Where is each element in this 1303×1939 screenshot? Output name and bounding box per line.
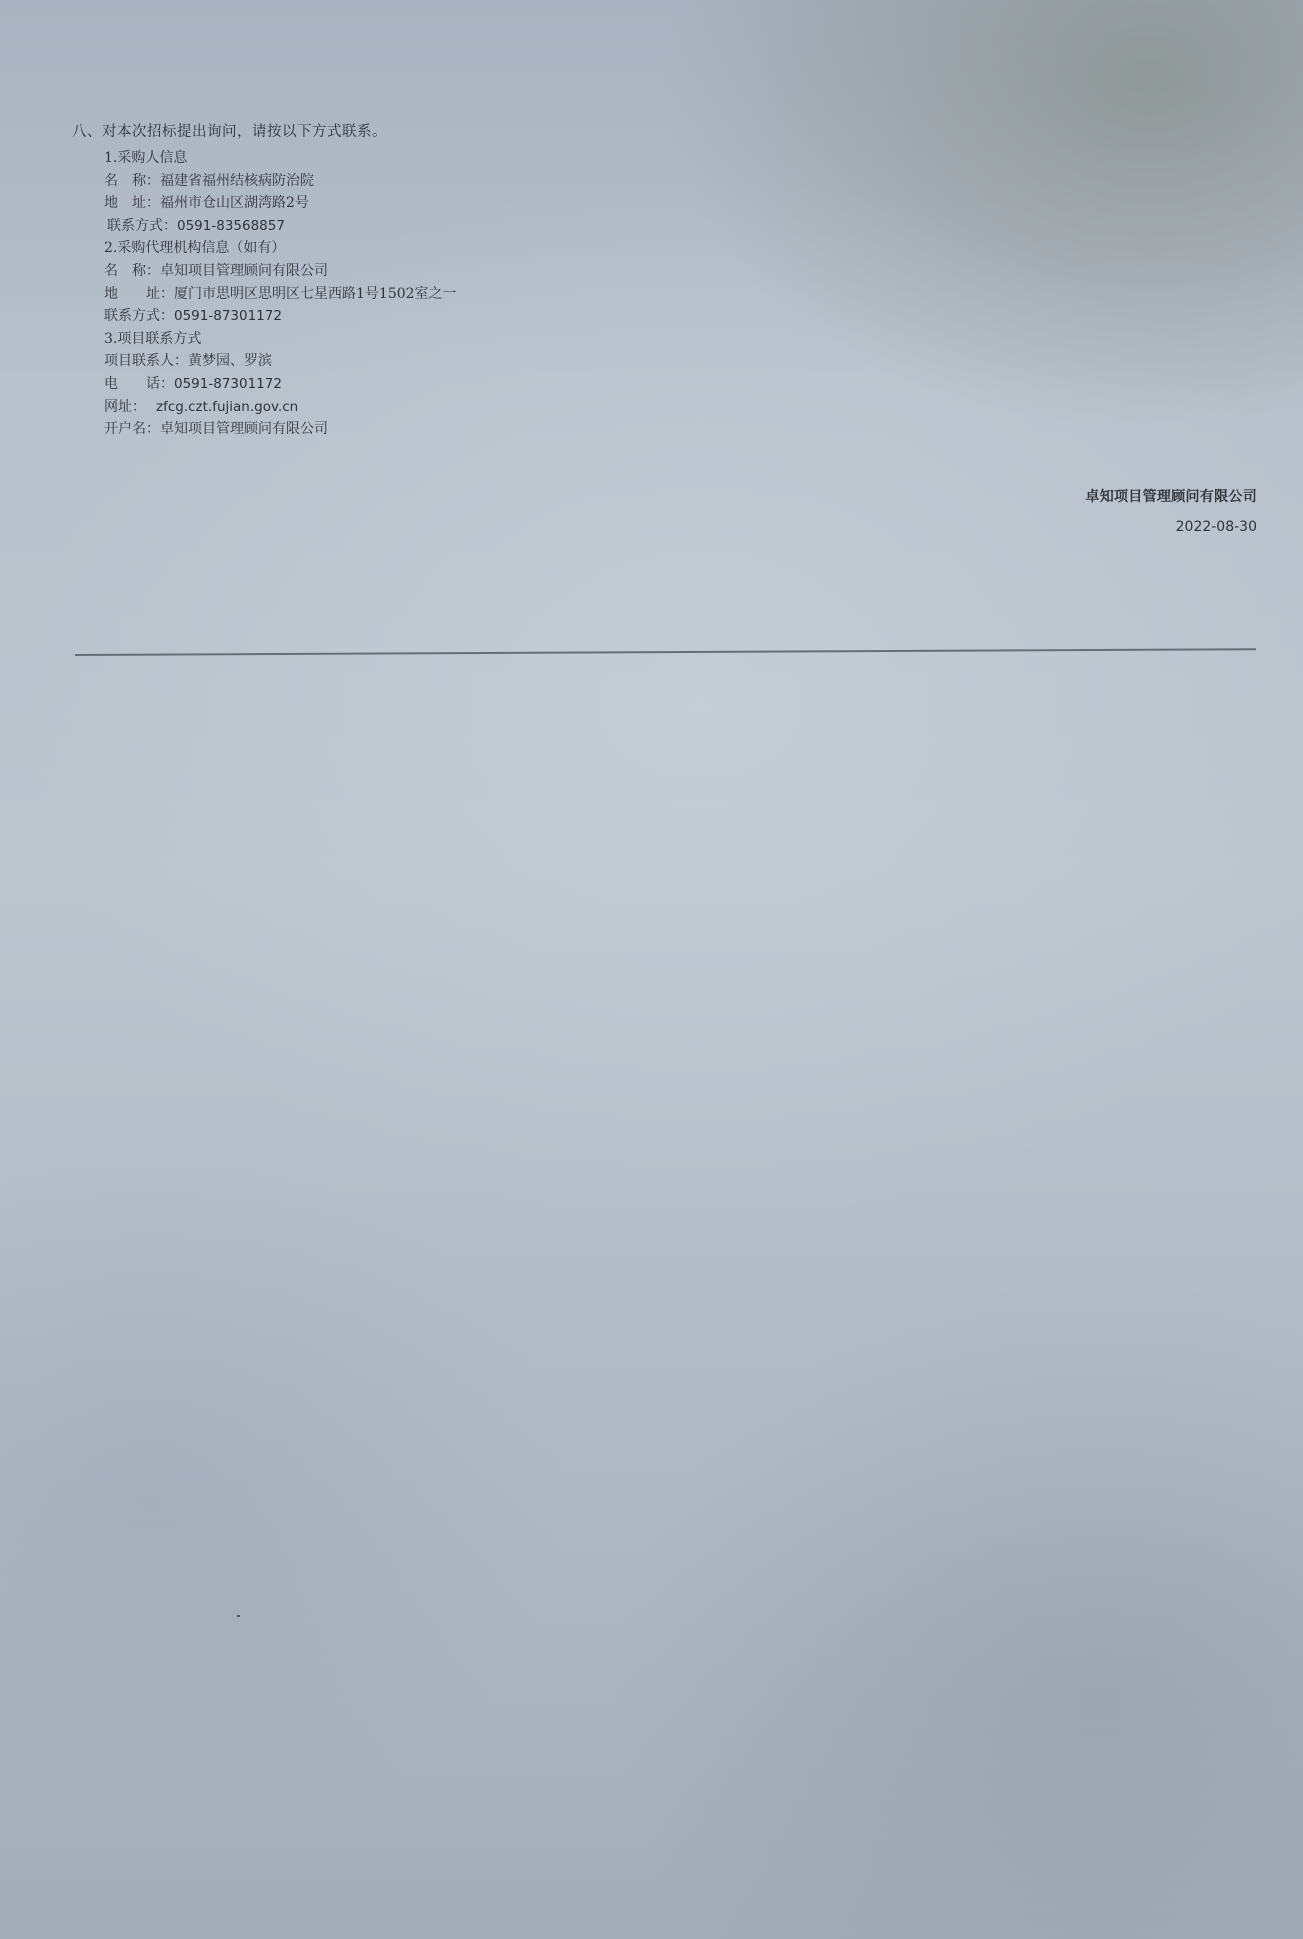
purchaser-name-label: 名 称： — [104, 170, 160, 193]
signature-date: 2022-08-30 — [1085, 514, 1257, 540]
agency-name-row: 名 称：卓知项目管理顾问有限公司 — [104, 260, 457, 283]
agency-address-label: 地 址： — [104, 283, 174, 306]
agency-contact-label: 联系方式： — [104, 305, 174, 328]
agency-title: 2.采购代理机构信息（如有） — [104, 237, 457, 260]
project-person-label: 项目联系人： — [104, 350, 188, 373]
purchaser-contact-row: 联系方式：0591-83568857 — [104, 215, 457, 238]
project-website-row: 网址：zfcg.czt.fujian.gov.cn — [104, 396, 457, 419]
purchaser-name: 福建省福州结核病防治院 — [160, 173, 314, 189]
project-phone-row: 电 话：0591-87301172 — [104, 373, 457, 396]
purchaser-contact-label: 联系方式： — [107, 215, 177, 238]
horizontal-divider — [75, 648, 1256, 656]
agency-name-label: 名 称： — [104, 260, 160, 283]
project-account-row: 开户名：卓知项目管理顾问有限公司 — [104, 418, 457, 441]
document-page: 八、对本次招标提出询问，请按以下方式联系。 1.采购人信息 名 称：福建省福州结… — [0, 0, 1303, 1939]
project-phone: 0591-87301172 — [174, 376, 282, 392]
purchaser-address-label: 地 址： — [104, 192, 160, 215]
project-title: 3.项目联系方式 — [104, 328, 457, 351]
agency-address-row: 地 址：厦门市思明区思明区七星西路1号1502室之一 — [104, 283, 457, 306]
agency-address: 厦门市思明区思明区七星西路1号1502室之一 — [174, 286, 457, 302]
project-person-row: 项目联系人：黄梦园、罗滨 — [104, 350, 457, 373]
agency-contact: 0591-87301172 — [174, 308, 282, 324]
project-website-label: 网址： — [104, 396, 146, 419]
project-phone-label: 电 话： — [104, 373, 174, 396]
purchaser-name-row: 名 称：福建省福州结核病防治院 — [104, 170, 457, 193]
signature-company: 卓知项目管理顾问有限公司 — [1085, 484, 1257, 510]
agency-name: 卓知项目管理顾问有限公司 — [160, 263, 328, 279]
signature-block: 卓知项目管理顾问有限公司 2022-08-30 — [1085, 484, 1257, 540]
purchaser-title: 1.采购人信息 — [104, 147, 457, 170]
paper-speck — [237, 1615, 240, 1617]
project-website: zfcg.czt.fujian.gov.cn — [156, 399, 298, 415]
section-heading: 八、对本次招标提出询问，请按以下方式联系。 — [72, 120, 387, 141]
purchaser-address-row: 地 址：福州市仓山区湖湾路2号 — [104, 192, 457, 215]
contact-info-block: 1.采购人信息 名 称：福建省福州结核病防治院 地 址：福州市仓山区湖湾路2号 … — [104, 147, 457, 441]
purchaser-contact: 0591-83568857 — [177, 218, 285, 234]
purchaser-address: 福州市仓山区湖湾路2号 — [160, 195, 309, 211]
project-account-label: 开户名： — [104, 418, 160, 441]
agency-contact-row: 联系方式：0591-87301172 — [104, 305, 457, 328]
project-person: 黄梦园、罗滨 — [188, 353, 272, 369]
project-account: 卓知项目管理顾问有限公司 — [160, 421, 328, 437]
